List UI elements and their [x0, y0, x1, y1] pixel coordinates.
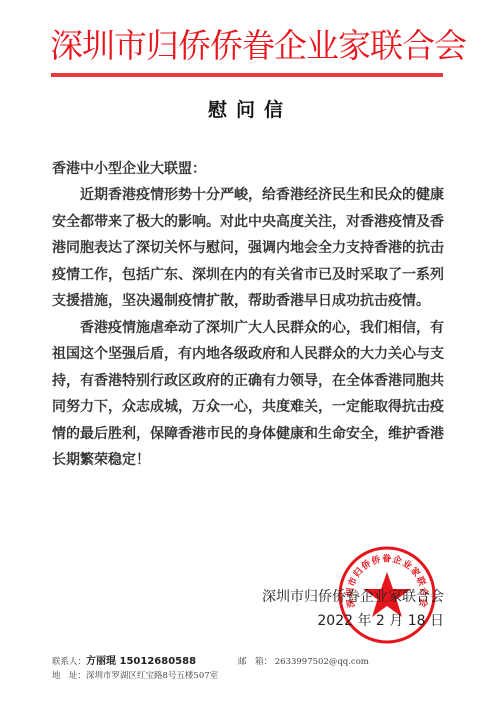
letterhead-divider: [51, 73, 443, 77]
contact-label: 联系人：: [52, 655, 86, 669]
letter-body: 近期香港疫情形势十分严峻，给香港经济民生和民众的健康安全都带来了极大的影响。对此…: [52, 182, 444, 474]
salutation: 香港中小型企业大联盟：: [52, 158, 206, 178]
body-paragraph: 香港疫情施虐牵动了深圳广大人民群众的心，我们相信，有祖国这个坚强后盾，有内地各级…: [52, 315, 444, 474]
email-address: 2633997502@qq.com: [275, 657, 369, 667]
signature-organization: 深圳市归侨侨眷企业家联合会: [262, 585, 444, 609]
signature-date: 2022 年 2 月 18 日: [262, 609, 444, 633]
signature-block: 深圳市归侨侨眷企业家联合会 2022 年 2 月 18 日: [262, 585, 444, 633]
email-label: 邮 箱：: [238, 657, 272, 667]
document-title: 慰问信: [0, 95, 500, 122]
body-paragraph: 近期香港疫情形势十分严峻，给香港经济民生和民众的健康安全都带来了极大的影响。对此…: [52, 182, 444, 315]
address-label: 地 址：: [52, 669, 86, 683]
contact-footer: 联系人： 方丽琨 15012680588 邮 箱： 2633997502@qq.…: [52, 655, 369, 683]
address: 深圳市罗湖区红宝路8号五楼507室: [86, 669, 218, 683]
letter-page: 深圳市归侨侨眷企业家联合会 慰问信 香港中小型企业大联盟： 近期香港疫情形势十分…: [0, 0, 500, 719]
letterhead-organization: 深圳市归侨侨眷企业家联合会: [50, 22, 450, 70]
contact-name-phone: 方丽琨 15012680588: [86, 655, 196, 669]
